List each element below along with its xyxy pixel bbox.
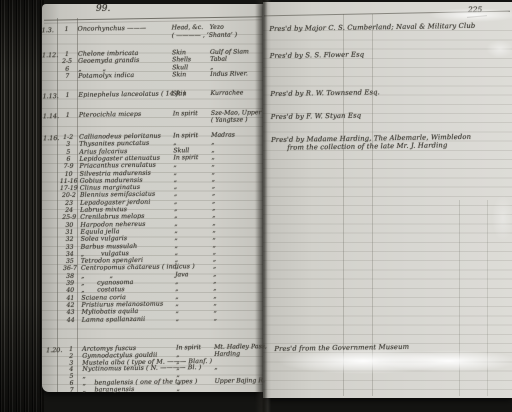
presentation-note-line: Pres'd by S. S. Flower Esq <box>270 52 365 60</box>
glare-highlight <box>492 195 512 241</box>
glare-highlight <box>428 8 512 22</box>
glare-highlight <box>486 40 512 58</box>
presentation-note-line: from the collection of the late Mr. J. H… <box>287 142 447 151</box>
presentation-note-line: Pres'd by Major C. S. Cumberland; Naval … <box>269 23 475 33</box>
presentation-note-line: Pres'd by F. W. Styan Esq <box>271 113 362 121</box>
glare-highlight <box>378 350 512 372</box>
presentation-note-line: Pres'd by R. W. Townsend Esq. <box>270 89 380 98</box>
scanned-ledger-spread: 99. 225 1.3.1Oncorhynchus ———Head, &c.Ye… <box>0 0 512 412</box>
